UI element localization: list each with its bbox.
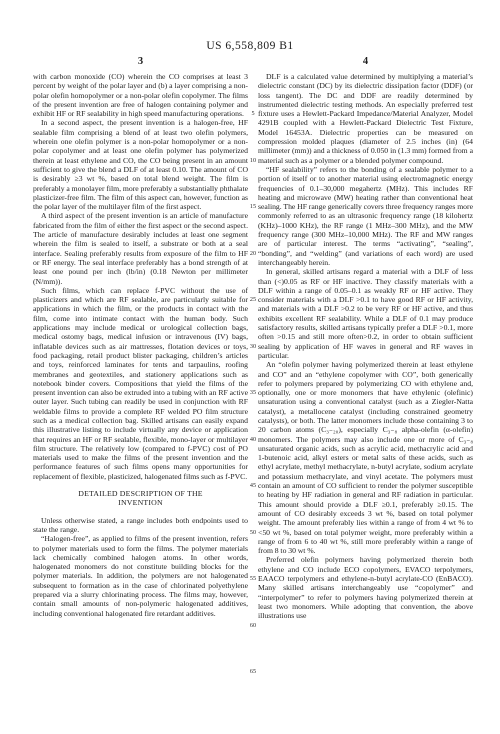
line-number: 25 — [248, 295, 258, 304]
paragraph: A third aspect of the present invention … — [33, 211, 248, 285]
line-number: 35 — [248, 388, 258, 397]
column-right: DLF is a calculated value determined by … — [258, 72, 473, 621]
line-number: 5 — [248, 109, 258, 118]
line-number: 10 — [248, 156, 258, 165]
column-left: with carbon monoxide (CO) wherein the CO… — [33, 72, 248, 618]
column-header-spacer — [248, 56, 258, 68]
line-number: 30 — [248, 342, 258, 351]
line-number: 20 — [248, 249, 258, 258]
paragraph: with carbon monoxide (CO) wherein the CO… — [33, 72, 248, 118]
section-heading-line-1: DETAILED DESCRIPTION OF THE — [33, 489, 248, 498]
patent-page: US 6,558,809 B1 3 4 with carbon monoxide… — [0, 0, 500, 734]
line-number: 40 — [248, 435, 258, 444]
paragraph: Such films, which can replace f-PVC with… — [33, 286, 248, 481]
paragraph: Unless otherwise stated, a range include… — [33, 516, 248, 535]
paragraph: “Halogen-free”, as applied to films of t… — [33, 534, 248, 618]
page-body: with carbon monoxide (CO) wherein the CO… — [33, 72, 473, 621]
column-number-left: 3 — [33, 56, 248, 68]
section-heading-line-2: INVENTION — [33, 498, 248, 507]
line-number: 15 — [248, 202, 258, 211]
paragraph: Preferred olefin polymers having polymer… — [258, 555, 473, 620]
column-number-right: 4 — [258, 56, 473, 68]
column-headers: 3 4 — [33, 56, 473, 68]
line-number: 65 — [248, 667, 258, 676]
patent-number: US 6,558,809 B1 — [0, 40, 500, 53]
section-heading: DETAILED DESCRIPTION OF THE INVENTION — [33, 489, 248, 508]
paragraph: An “olefin polymer having polymerized th… — [258, 360, 473, 555]
line-number: 55 — [248, 574, 258, 583]
line-number: 60 — [248, 621, 258, 630]
paragraph: “HF sealability” refers to the bonding o… — [258, 165, 473, 267]
paragraph: In a second aspect, the present inventio… — [33, 118, 248, 211]
paragraph: DLF is a calculated value determined by … — [258, 72, 473, 165]
paragraph: In general, skilled artisans regard a ma… — [258, 267, 473, 360]
line-number-gutter: 5101520253035404550556065 — [248, 72, 258, 621]
line-number: 45 — [248, 481, 258, 490]
line-number: 50 — [248, 528, 258, 537]
